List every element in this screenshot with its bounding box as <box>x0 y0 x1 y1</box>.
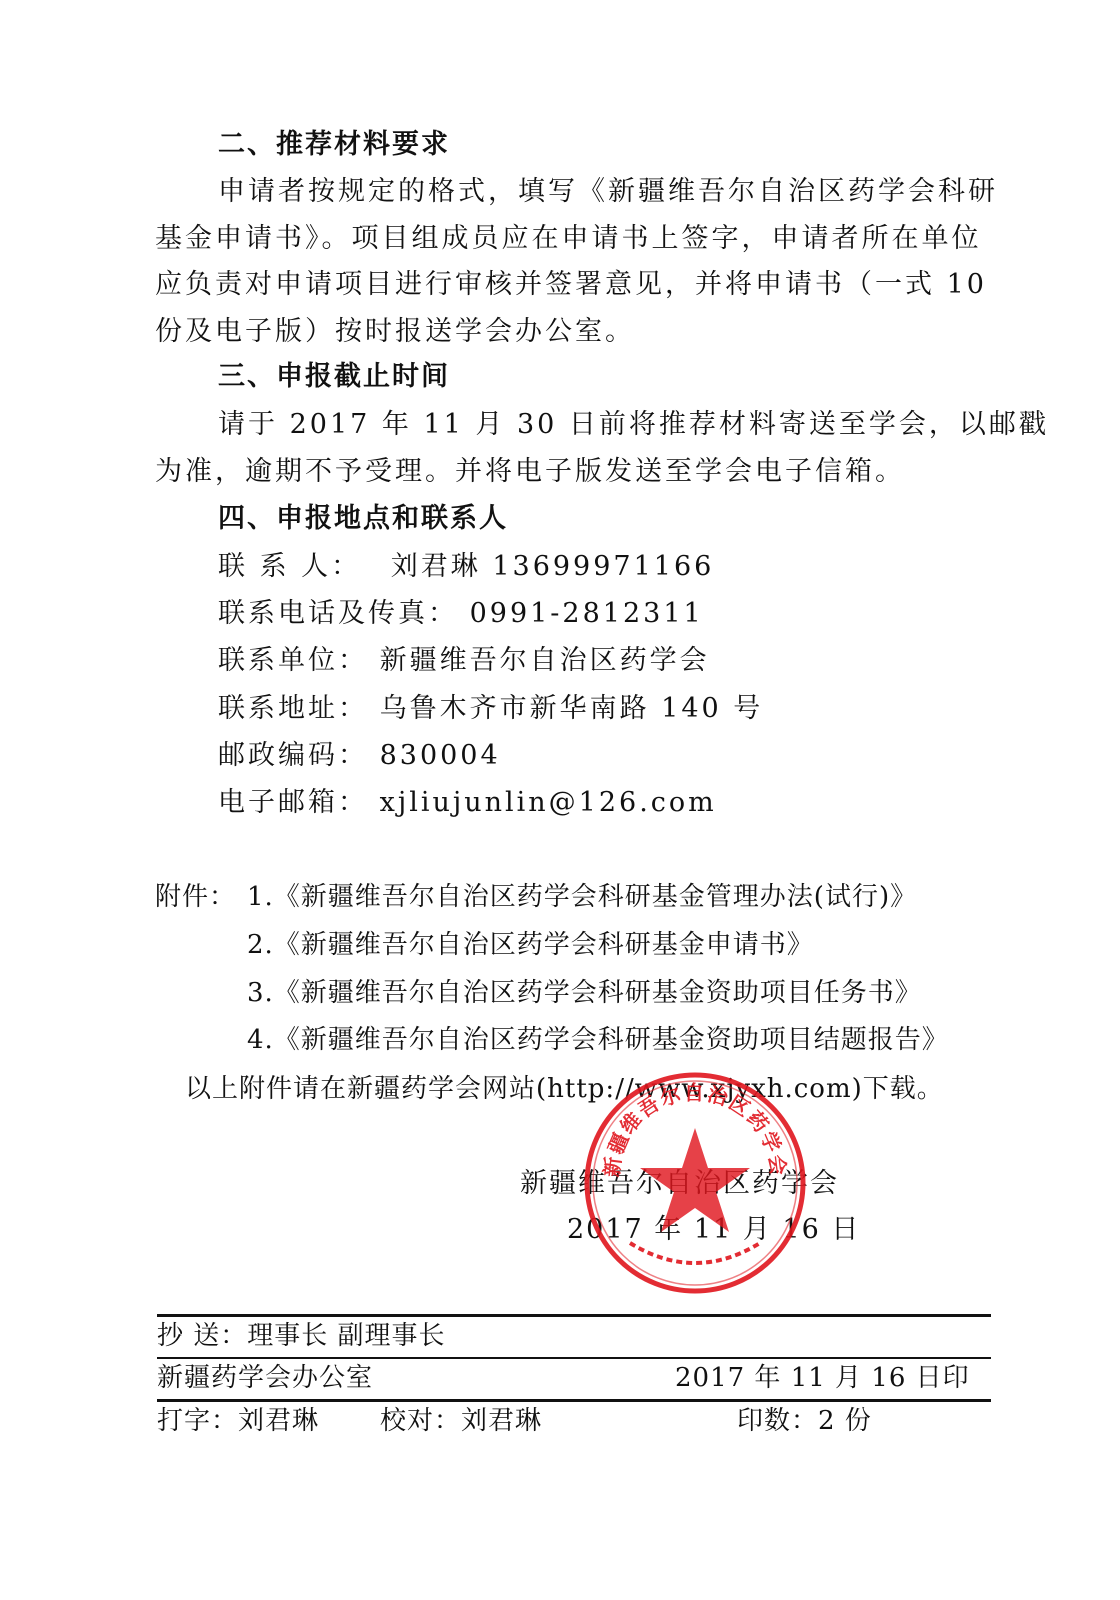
contact-label: 联系地址： <box>218 693 368 724</box>
contact-address-row: 联系地址： 乌鲁木齐市新华南路 140 号 <box>218 692 763 726</box>
divider-bottom <box>157 1399 991 1402</box>
contact-label: 电子邮箱： <box>218 787 368 818</box>
attachment-item: 1.《新疆维吾尔自治区药学会科研基金管理办法(试行)》 <box>247 880 917 914</box>
divider-top <box>157 1314 991 1317</box>
paragraph-line: 请于 2017 年 11 月 30 日前将推荐材料寄送至学会，以邮戳 <box>218 408 1049 442</box>
typist: 打字：刘君琳 <box>157 1404 319 1438</box>
paragraph-line: 申请者按规定的格式，填写《新疆维吾尔自治区药学会科研 <box>218 175 998 209</box>
contact-value: 830004 <box>380 740 501 771</box>
paragraph-line: 为准，逾期不予受理。并将电子版发送至学会电子信箱。 <box>155 455 905 489</box>
contact-value: 新疆维吾尔自治区药学会 <box>380 645 710 676</box>
proofreader: 校对：刘君琳 <box>380 1404 542 1438</box>
contact-value: 乌鲁木齐市新华南路 140 号 <box>380 693 764 724</box>
signature-date: 2017 年 11 月 16 日 <box>567 1213 860 1247</box>
attachments-label: 附件： <box>155 880 236 914</box>
paragraph-line: 应负责对申请项目进行审核并签署意见，并将申请书（一式 10 <box>155 268 987 302</box>
contact-label: 联系单位： <box>218 645 368 676</box>
contact-phone-row: 联系电话及传真： 0991-2812311 <box>218 597 704 631</box>
section-heading-contact: 四、申报地点和联系人 <box>218 502 508 536</box>
download-note: 以上附件请在新疆药学会网站(http://www.xjyxh.com)下载。 <box>185 1072 944 1106</box>
contact-email-link[interactable]: xjliujunlin@126.com <box>380 787 717 818</box>
contact-email-row: 电子邮箱： xjliujunlin@126.com <box>218 786 717 820</box>
contact-value: 0991-2812311 <box>470 598 704 629</box>
issuing-office: 新疆药学会办公室 <box>157 1361 373 1395</box>
print-date: 2017 年 11 月 16 日印 <box>675 1361 970 1395</box>
contact-value: 刘君琳 13699971166 <box>391 551 715 582</box>
divider-middle <box>157 1357 991 1359</box>
contact-unit-row: 联系单位： 新疆维吾尔自治区药学会 <box>218 644 710 678</box>
paragraph-line: 份及电子版）按时报送学会办公室。 <box>155 315 635 349</box>
attachment-item: 2.《新疆维吾尔自治区药学会科研基金申请书》 <box>247 928 814 962</box>
contact-label: 联 系 人： <box>218 551 361 582</box>
cc-recipients: 抄 送：理事长 副理事长 <box>157 1319 446 1353</box>
print-copies: 印数：2 份 <box>737 1404 872 1438</box>
contact-label: 邮政编码： <box>218 740 368 771</box>
contact-postcode-row: 邮政编码： 830004 <box>218 739 501 773</box>
section-heading-deadline: 三、申报截止时间 <box>218 360 450 394</box>
contact-person-row: 联 系 人： 刘君琳 13699971166 <box>218 550 714 584</box>
paragraph-line: 基金申请书》。项目组成员应在申请书上签字，申请者所在单位 <box>155 222 982 256</box>
contact-label: 联系电话及传真： <box>218 598 458 629</box>
section-heading-requirements: 二、推荐材料要求 <box>218 128 450 162</box>
signature-organization: 新疆维吾尔自治区药学会 <box>520 1167 839 1201</box>
attachment-item: 3.《新疆维吾尔自治区药学会科研基金资助项目任务书》 <box>247 976 922 1010</box>
attachment-item: 4.《新疆维吾尔自治区药学会科研基金资助项目结题报告》 <box>247 1023 949 1057</box>
